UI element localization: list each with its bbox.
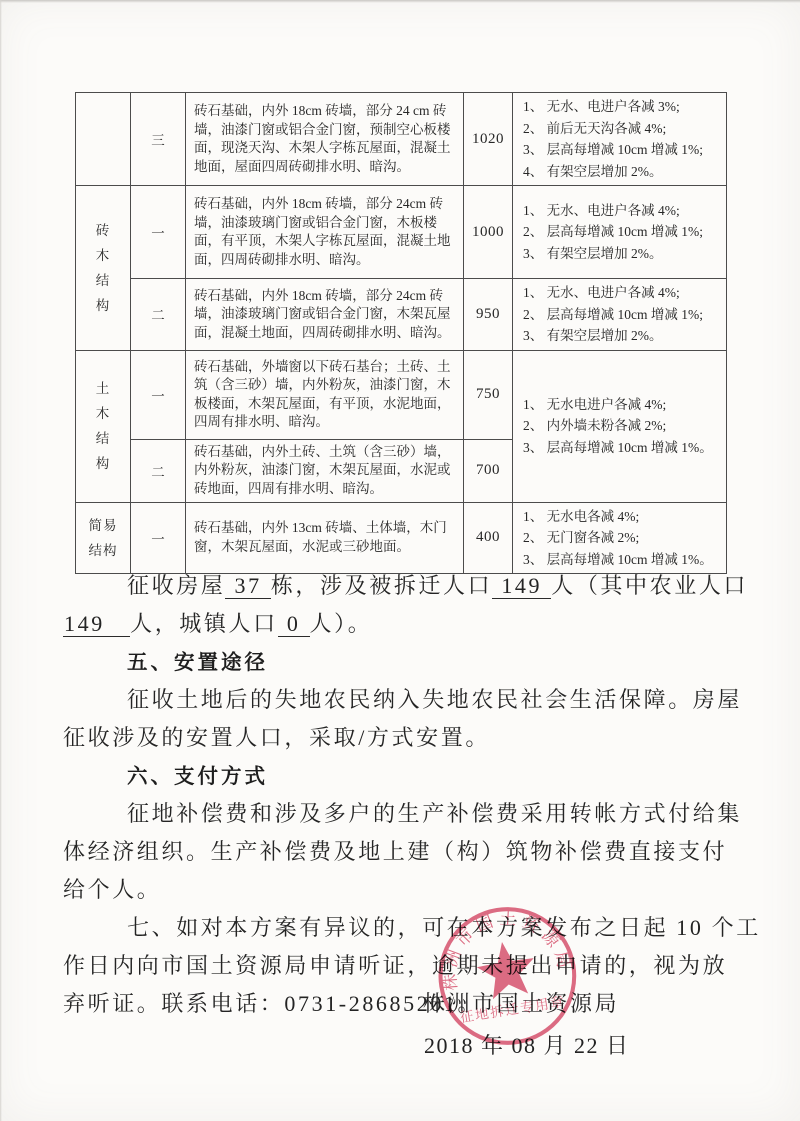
table-row: 土 木 结 构 一 砖石基础，外墙窗以下砖石基台；土砖、土筑（含三砂）墙，内外粉… — [76, 350, 727, 439]
adjustment-notes-cell: 1、 无水、电进户各减 3%; 2、 前后无天沟各减 4%; 3、 层高每增减 … — [513, 93, 727, 186]
paragraph-payment-cont2: 给个人。 — [63, 871, 753, 909]
structure-category-cell — [76, 93, 131, 186]
structure-category-cell: 砖 木 结 构 — [76, 186, 131, 351]
description-cell: 砖石基础，内外 18cm 砖墙，部分 24 cm 砖墙，油漆门窗或铝合金门窗，预… — [186, 93, 464, 186]
section-heading-6: 六、支付方式 — [63, 757, 753, 795]
grade-cell: 二 — [131, 279, 186, 351]
description-cell: 砖石基础，外墙窗以下砖石基台；土砖、土筑（含三砂）墙，内外粉灰，油漆门窗，木板楼… — [186, 350, 464, 439]
price-cell: 700 — [464, 439, 513, 502]
paragraph-resettlement-cont: 征收涉及的安置人口，采取/方式安置。 — [63, 719, 753, 757]
price-cell: 1000 — [464, 186, 513, 279]
price-cell: 950 — [464, 279, 513, 351]
paragraph-housing-counts-cont: 149 人，城镇人口 0 人）。 — [63, 605, 753, 643]
text-segment: 人）。 — [310, 611, 373, 636]
table-row: 砖 木 结 构 一 砖石基础，内外 18cm 砖墙，部分 24cm 砖墙，油漆玻… — [76, 186, 727, 279]
document-body: 征收房屋 37 栋，涉及被拆迁人口 149 人（其中农业人口 149 人，城镇人… — [63, 567, 753, 1023]
text-segment: 人（其中农业人口 — [551, 573, 748, 598]
description-cell: 砖石基础，内外 18cm 砖墙，部分 24cm 砖墙，油漆玻璃门窗或铝合金门窗，… — [186, 186, 464, 279]
price-cell: 400 — [464, 502, 513, 574]
description-cell: 砖石基础，内外 13cm 砖墙、土体墙，木门窗，木架瓦屋面，水泥或三砂地面。 — [186, 502, 464, 574]
table-row: 三 砖石基础，内外 18cm 砖墙，部分 24 cm 砖墙，油漆门窗或铝合金门窗… — [76, 93, 727, 186]
paragraph-hearing-cont2: 弃听证。联系电话：0731-28685201。 — [63, 985, 753, 1023]
scan-edge-top — [0, 0, 800, 3]
paragraph-hearing-cont1: 作日内向市国土资源局申请听证，逾期未提出申请的，视为放 — [63, 947, 753, 985]
table-row: 简易 结构 一 砖石基础，内外 13cm 砖墙、土体墙，木门窗，木架瓦屋面，水泥… — [76, 502, 727, 574]
paragraph-hearing: 七、如对本方案有异议的，可在本方案发布之日起 10 个工 — [63, 909, 753, 947]
signature-organization: 株洲市国土资源局 — [423, 987, 619, 1018]
paragraph-payment-cont1: 体经济组织。生产补偿费及地上建（构）筑物补偿费直接支付 — [63, 833, 753, 871]
grade-cell: 二 — [131, 439, 186, 502]
structure-category-cell: 土 木 结 构 — [76, 350, 131, 502]
price-cell: 1020 — [464, 93, 513, 186]
description-cell: 砖石基础，内外 18cm 砖墙，部分 24cm 砖墙，油漆玻璃门窗或铝合金门窗，… — [186, 279, 464, 351]
document-page: 三 砖石基础，内外 18cm 砖墙，部分 24 cm 砖墙，油漆门窗或铝合金门窗… — [0, 0, 800, 1121]
signature-date: 2018 年 08 月 22 日 — [424, 1029, 630, 1060]
compensation-standards-table: 三 砖石基础，内外 18cm 砖墙，部分 24 cm 砖墙，油漆门窗或铝合金门窗… — [75, 92, 727, 574]
adjustment-notes-cell: 1、 无水、电进户各减 4%; 2、 层高每增减 10cm 增减 1%; 3、 … — [513, 279, 727, 351]
text-segment: 征收房屋 — [127, 573, 225, 598]
structure-category-cell: 简易 结构 — [76, 502, 131, 574]
adjustment-notes-cell: 1、 无水电进户各减 4%; 2、 内外墙未粉各减 2%; 3、 层高每增减 1… — [513, 350, 727, 502]
scan-edge-left — [0, 0, 2, 1121]
grade-cell: 三 — [131, 93, 186, 186]
paragraph-payment: 征地补偿费和涉及多户的生产补偿费采用转帐方式付给集 — [63, 795, 753, 833]
paragraph-resettlement: 征收土地后的失地农民纳入失地农民社会生活保障。房屋 — [63, 681, 753, 719]
blank-houses-count: 37 — [225, 573, 270, 599]
section-heading-5: 五、安置途径 — [63, 643, 753, 681]
adjustment-notes-cell: 1、 无水电各减 4%; 2、 无门窗各减 2%; 3、 层高每增减 10cm … — [513, 502, 727, 574]
grade-cell: 一 — [131, 502, 186, 574]
blank-urban-population: 0 — [278, 611, 310, 637]
adjustment-notes-cell: 1、 无水、电进户各减 4%; 2、 层高每增减 10cm 增减 1%; 3、 … — [513, 186, 727, 279]
blank-agricultural-population: 149 — [63, 611, 130, 637]
blank-relocated-population: 149 — [492, 573, 551, 599]
table-row: 二 砖石基础，内外 18cm 砖墙，部分 24cm 砖墙，油漆玻璃门窗或铝合金门… — [76, 279, 727, 351]
grade-cell: 一 — [131, 350, 186, 439]
paragraph-housing-counts: 征收房屋 37 栋，涉及被拆迁人口 149 人（其中农业人口 — [63, 567, 753, 605]
text-segment: 栋，涉及被拆迁人口 — [271, 573, 492, 598]
description-cell: 砖石基础，内外土砖、土筑（含三砂）墙，内外粉灰，油漆门窗，木架瓦屋面，水泥或砖地… — [186, 439, 464, 502]
price-cell: 750 — [464, 350, 513, 439]
grade-cell: 一 — [131, 186, 186, 279]
text-segment: 人，城镇人口 — [130, 611, 278, 636]
